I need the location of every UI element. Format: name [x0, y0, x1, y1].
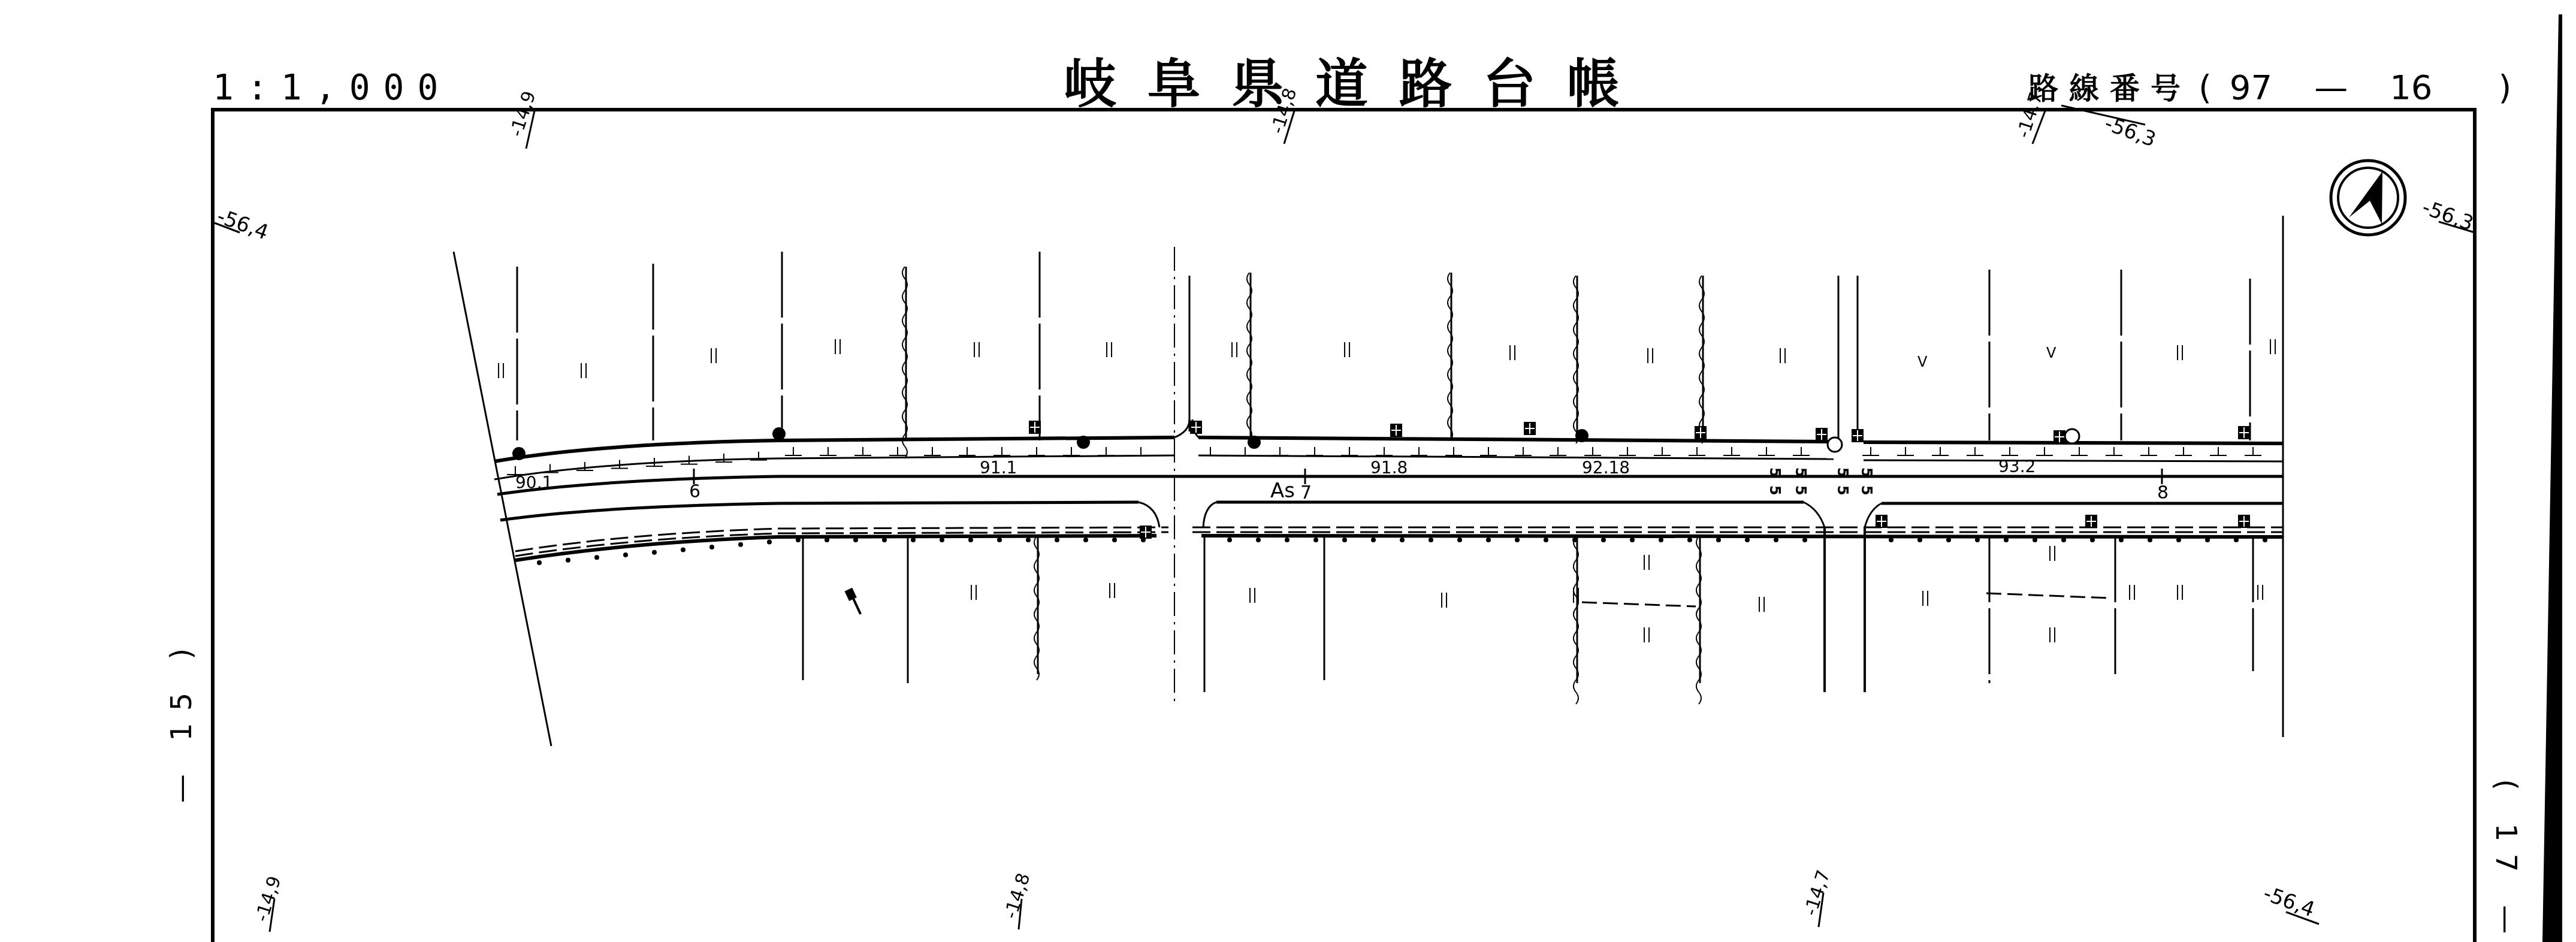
- manhole-icon: [1524, 422, 1536, 435]
- manhole-icon: [2238, 426, 2250, 439]
- parcel-mark: ||: [1757, 595, 1766, 612]
- crosswalk-mark: 5: [1834, 485, 1851, 496]
- parcel-mark: ||: [1508, 343, 1517, 360]
- scan-edge-shadow: [2542, 14, 2562, 942]
- grid-label-bottom: -14,7: [1800, 868, 1834, 919]
- parcel-mark: V: [2046, 345, 2056, 361]
- parcel-lines-south: [803, 536, 2253, 704]
- grid-label-bottom: -14,8: [1000, 871, 1034, 922]
- parcel-mark: ||: [833, 337, 842, 354]
- grid-label-bottom: -56,4: [2260, 881, 2318, 922]
- parcel-mark: ||: [1642, 553, 1651, 570]
- parcel-mark: ||: [2175, 583, 2185, 600]
- parcel-mark: ||: [2127, 583, 2137, 600]
- manhole-icon: [1029, 421, 1041, 434]
- grid-coordinate-labels: -14,9-14,8-14,7-14,9-14,8-14,7-56,4-56,4…: [214, 86, 2477, 925]
- utility-pole-icon: [772, 427, 786, 440]
- survey-marker-icon: [844, 588, 863, 617]
- crosswalk-mark: 5: [1766, 467, 1783, 478]
- crosswalk-mark: 5: [1792, 467, 1809, 478]
- grid-label-top: -14,9: [506, 89, 540, 140]
- manhole-icon: [1876, 515, 1888, 528]
- elevation-label: 90.1: [515, 473, 552, 493]
- parcel-mark: ||: [2047, 626, 2057, 642]
- grid-ticks: [215, 105, 2475, 932]
- lot-dividers: [1582, 593, 2109, 606]
- parcel-mark: ||: [1645, 346, 1655, 363]
- parcel-mark: ||: [972, 340, 982, 357]
- parcel-mark: ||: [969, 583, 979, 600]
- crosswalk-mark: 5: [1834, 467, 1851, 478]
- utility-pole-icon: [512, 447, 526, 460]
- crosswalk-mark: 5: [1858, 485, 1875, 496]
- parcel-lines-north: [517, 252, 2250, 458]
- parcel-mark: ||: [2268, 337, 2278, 354]
- road-annotations: 90.191.191.892.1893.2678As55555555: [515, 457, 2169, 503]
- parcel-mark: ||: [579, 361, 588, 378]
- parcel-mark: ||: [1642, 626, 1651, 642]
- manhole-icon: [2053, 430, 2065, 443]
- parcel-mark: ||: [1571, 586, 1581, 603]
- surface-type: As: [1270, 479, 1295, 503]
- parcel-mark: ||: [2175, 343, 2185, 360]
- hydrant-icon: [2065, 429, 2079, 443]
- grid-label-right-top: -56,3: [2101, 111, 2159, 152]
- manhole-icon: [1190, 421, 1202, 434]
- elevation-label: 91.8: [1370, 458, 1408, 478]
- station-number: 6: [689, 481, 700, 502]
- parcel-mark: ||: [1248, 586, 1257, 603]
- parcel-mark: ||: [1104, 340, 1114, 357]
- crosswalk-mark: 5: [1858, 467, 1875, 478]
- utility-pole-icon: [1248, 436, 1261, 449]
- manhole-icon: [1695, 426, 1707, 439]
- north-arrow-icon: [2331, 161, 2405, 235]
- parcel-mark: ||: [709, 346, 718, 363]
- crosswalk-mark: 5: [1766, 485, 1783, 496]
- parcel-mark: ||: [1342, 340, 1352, 357]
- grid-label-left: -56,4: [214, 204, 271, 245]
- parcel-mark: V: [1917, 354, 1928, 370]
- elevation-label: 91.1: [980, 458, 1017, 478]
- manhole-icon: [1816, 428, 1828, 441]
- parcel-mark: ||: [1230, 340, 1239, 357]
- boundary-line: [454, 252, 551, 746]
- manhole-icon: [2085, 515, 2097, 528]
- station-number: 8: [2157, 482, 2169, 503]
- parcel-mark: ||: [2047, 544, 2057, 561]
- utility-pole-icon: [1077, 436, 1090, 449]
- parcel-mark: ||: [496, 361, 506, 378]
- crosswalk-mark: 5: [1792, 485, 1809, 496]
- parcel-mark: ||: [1107, 581, 1117, 598]
- manhole-icon: [1390, 424, 1402, 437]
- elevation-label: 92.18: [1582, 458, 1630, 478]
- manhole-icon: [2238, 515, 2250, 528]
- grid-label-bottom: -14,9: [251, 874, 285, 925]
- grid-label-right: -56,3: [2419, 195, 2477, 236]
- elevation-label: 93.2: [1998, 457, 2036, 476]
- utility-pole-icon: [1575, 429, 1589, 442]
- parcel-marks: ||||||||||||||||||||||VV||||||||||||||||…: [496, 337, 2278, 642]
- parcel-mark: ||: [1778, 346, 1787, 363]
- parcel-mark: ||: [1920, 589, 1930, 606]
- manhole-icon: [1140, 526, 1152, 539]
- manhole-icon: [1852, 429, 1864, 442]
- hydrant-icon: [1828, 437, 1842, 452]
- grid-label-top: -14,7: [2013, 90, 2047, 141]
- road-ledger-map: -14,9-14,8-14,7-14,9-14,8-14,7-56,4-56,4…: [0, 0, 2576, 942]
- parcel-mark: ||: [2255, 583, 2265, 600]
- map-frame: [213, 110, 2475, 942]
- station-number: 7: [1300, 482, 1312, 503]
- parcel-mark: ||: [1439, 591, 1449, 608]
